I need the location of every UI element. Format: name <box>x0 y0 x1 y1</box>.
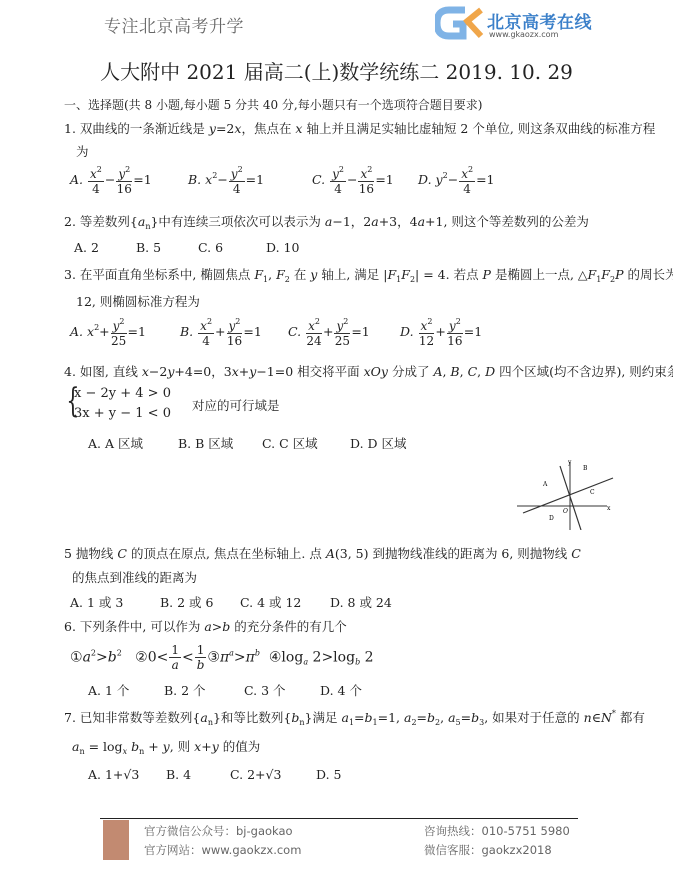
q2-option-b[interactable]: B. 5 <box>136 240 161 255</box>
svg-text:B: B <box>583 465 588 472</box>
q3-option-a[interactable]: A. x2+y225=1 <box>70 318 146 347</box>
q3-option-b[interactable]: B. x24+y216=1 <box>180 318 262 347</box>
q4-option-a[interactable]: A. A 区域 <box>88 434 143 452</box>
q6-conditions: ①a2>b2 ②0<1a<1b③πa>πb ④loga 2>logb 2 <box>70 644 374 671</box>
q5-stem: 5 抛物线 C 的顶点在原点, 焦点在坐标轴上. 点 A(3, 5) 到抛物线准… <box>64 544 581 562</box>
q1-option-d[interactable]: D. y2−x24=1 <box>418 166 495 195</box>
header-slogan: 专注北京高考升学 <box>104 12 244 37</box>
q6-option-c[interactable]: C. 3 个 <box>244 681 286 699</box>
q7-option-c[interactable]: C. 2+√3 <box>230 767 281 782</box>
logo-url: www.gkaozx.com <box>489 30 558 39</box>
q7-option-d[interactable]: D. 5 <box>316 767 341 782</box>
q2-option-c[interactable]: C. 6 <box>198 240 223 255</box>
svg-text:x: x <box>607 505 611 512</box>
footer-hotline: 咨询热线：010-5751 5980 <box>424 823 570 839</box>
q4-constraint-1: x − 2y + 4 > 0 <box>74 386 171 401</box>
footer-wechat-service: 微信客服：gaokzx2018 <box>424 842 552 858</box>
q3-option-d[interactable]: D. x212+y216=1 <box>400 318 482 347</box>
q3-stem: 3. 在平面直角坐标系中, 椭圆焦点 F1, F2 在 y 轴上, 满足 |F1… <box>64 265 673 284</box>
q6-option-b[interactable]: B. 2 个 <box>164 681 206 699</box>
svg-text:A: A <box>542 481 548 488</box>
footer-divider <box>100 818 578 819</box>
q6-stem: 6. 下列条件中, 可以作为 a>b 的充分条件的有几个 <box>64 617 347 635</box>
footer-website[interactable]: 官方网站：www.gaokzx.com <box>144 842 301 858</box>
q2-stem: 2. 等差数列{an}中有连续三项依次可以表示为 a−1，2a+3，4a+1, … <box>64 212 589 231</box>
q7-option-b[interactable]: B. 4 <box>166 767 191 782</box>
q4-system-suffix: 对应的可行域是 <box>192 396 280 414</box>
svg-text:O: O <box>563 508 568 515</box>
svg-text:D: D <box>549 515 554 522</box>
q1-option-b[interactable]: B. x2−y24=1 <box>188 166 264 195</box>
q5-stem-cont: 的焦点到准线的距离为 <box>72 568 197 586</box>
logo-gk-icon <box>435 6 485 40</box>
q4-option-c[interactable]: C. C 区域 <box>262 434 318 452</box>
q6-option-d[interactable]: D. 4 个 <box>320 681 362 699</box>
q1-stem-cont: 为 <box>76 142 89 160</box>
q7-stem: 7. 已知非常数等差数列{an}和等比数列{bn}满足 a1=b1=1, a2=… <box>64 708 645 727</box>
q1-option-a[interactable]: A. x24−y216=1 <box>70 166 152 195</box>
q2-option-d[interactable]: D. 10 <box>266 240 299 255</box>
q5-option-a[interactable]: A. 1 或 3 <box>70 593 123 611</box>
q6-option-a[interactable]: A. 1 个 <box>88 681 129 699</box>
q1-stem: 1. 双曲线的一条渐近线是 y=2x，焦点在 x 轴上并且满足实轴比虚轴短 2 … <box>64 119 655 137</box>
q4-option-b[interactable]: B. B 区域 <box>178 434 233 452</box>
section-heading: 一、选择题(共 8 小题,每小题 5 分共 40 分,每小题只有一个选项符合题目… <box>64 96 482 113</box>
footer-wechat-official: 官方微信公众号：bj-gaokao <box>144 823 293 839</box>
q5-option-d[interactable]: D. 8 或 24 <box>330 593 392 611</box>
q4-constraint-system: { x − 2y + 4 > 0 3x + y − 1 < 0 对应的可行域是 <box>62 384 84 418</box>
svg-text:C: C <box>590 489 595 496</box>
q4-region-figure: y x O A B C D <box>515 458 615 530</box>
q4-constraint-2: 3x + y − 1 < 0 <box>74 406 171 421</box>
page-title: 人大附中 2021 届高二(上)数学统练二 2019. 10. 29 <box>0 56 673 85</box>
site-logo: 北京高考在线 www.gkaozx.com <box>435 4 605 40</box>
footer-accent-block <box>103 820 129 860</box>
q5-option-b[interactable]: B. 2 或 6 <box>160 593 214 611</box>
q4-option-d[interactable]: D. D 区域 <box>350 434 407 452</box>
q1-option-c[interactable]: C. y24−x216=1 <box>312 166 394 195</box>
q3-stem-cont: 12, 则椭圆标准方程为 <box>76 292 200 310</box>
q7-option-a[interactable]: A. 1+√3 <box>88 767 139 782</box>
line-x-2y-4 <box>523 478 613 513</box>
q5-option-c[interactable]: C. 4 或 12 <box>240 593 301 611</box>
q7-stem-cont: an = logx bn + y, 则 x+y 的值为 <box>72 737 260 756</box>
q3-option-c[interactable]: C. x224+y225=1 <box>288 318 370 347</box>
svg-text:y: y <box>567 459 572 466</box>
q2-option-a[interactable]: A. 2 <box>74 240 99 255</box>
q4-stem: 4. 如图, 直线 x−2y+4=0，3x+y−1=0 相交将平面 xOy 分成… <box>64 362 673 380</box>
